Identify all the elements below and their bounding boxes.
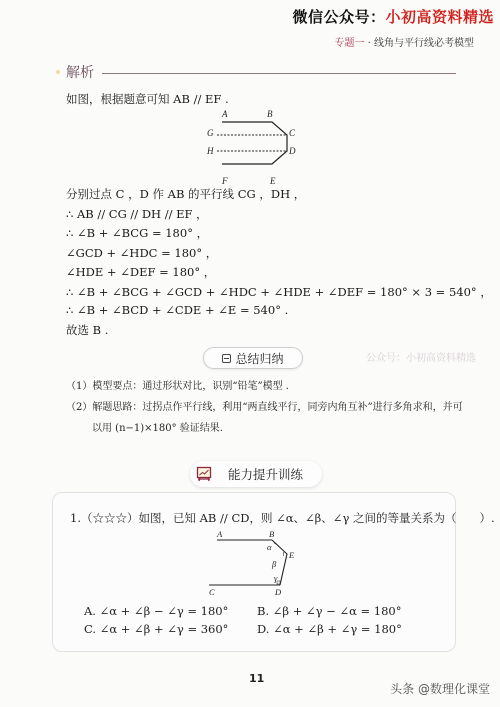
label-c: C: [209, 587, 215, 597]
parallel-lines-figure: A B G C H D F E: [205, 108, 305, 188]
label-g: G: [207, 128, 214, 138]
label-e: E: [269, 176, 276, 186]
wechat-watermark: 微信公众号：小初高资料精选: [292, 6, 494, 27]
label-d: D: [274, 587, 282, 597]
faint-watermark: 公众号：小初高资料精选: [366, 349, 476, 364]
solution-line: 分别过点 C ，D 作 AB 的平行线 CG ，DH ，: [66, 186, 305, 202]
solution-line: ∴ ∠B + ∠BCD + ∠CDE + ∠E = 540° .: [66, 303, 288, 317]
label-gamma: γ: [274, 573, 278, 583]
topic-title: · 线角与平行线必考模型: [364, 38, 474, 49]
chart-board-icon: [196, 466, 212, 482]
label-b: B: [267, 109, 273, 119]
solution-line: ∴ AB // CG // DH // EF ，: [66, 206, 208, 222]
label-b: B: [269, 529, 274, 539]
summary-badge: 总结归纳: [203, 347, 303, 369]
solution-line: ∠HDE + ∠DEF = 180° ，: [66, 264, 215, 280]
option-a: A. ∠α + ∠β − ∠γ = 180°: [84, 604, 228, 618]
summary-badge-label: 总结归纳: [235, 350, 283, 367]
section-title: 解析: [66, 62, 94, 82]
summary-point: （1）模型要点：通过形状对比，识别“铅笔”模型 .: [66, 377, 289, 392]
label-beta: β: [271, 559, 277, 569]
option-b: B. ∠β + ∠γ − ∠α = 180°: [257, 604, 402, 618]
summary-point: 以用 (n−1)×180° 验证结果.: [92, 419, 223, 434]
angle-figure: A B E C D α β γ: [205, 528, 315, 604]
watermark-name: 小初高资料精选: [385, 8, 494, 26]
solution-line: ∴ ∠B + ∠BCG + ∠GCD + ∠HDC + ∠HDE + ∠DEF …: [66, 284, 492, 300]
watermark-prefix: 微信公众号：: [292, 8, 385, 26]
option-c: C. ∠α + ∠β + ∠γ = 360°: [84, 622, 228, 636]
label-d: D: [288, 146, 296, 156]
heading-rule: [102, 73, 456, 74]
solution-line: 如图，根据题意可知 AB // EF .: [66, 91, 229, 107]
label-h: H: [206, 146, 214, 156]
label-c: C: [289, 128, 296, 138]
solution-line: ∠GCD + ∠HDC = 180° ，: [66, 245, 217, 261]
answer-line: 故选 B .: [66, 322, 108, 338]
label-f: F: [221, 176, 228, 186]
label-a: A: [216, 529, 223, 539]
practice-badge: 能力提升训练: [190, 461, 322, 487]
solution-line: ∴ ∠B + ∠BCG = 180° ，: [66, 225, 208, 241]
chapter-topic: 专题一 · 线角与平行线必考模型: [334, 34, 474, 49]
practice-badge-label: 能力提升训练: [228, 465, 303, 483]
note-icon: [222, 354, 231, 363]
bullet-dot-icon: [56, 70, 60, 74]
question-text: 1.（☆☆☆）如图，已知 AB // CD，则 ∠α、∠β、∠γ 之间的等量关系…: [70, 510, 495, 526]
label-alpha: α: [267, 542, 272, 552]
footer-watermark: 头条 @数理化课堂: [390, 680, 490, 697]
label-a: A: [221, 109, 228, 119]
topic-accent: 专题一: [334, 38, 364, 49]
summary-point: （2）解题思路：过拐点作平行线，利用“两直线平行，同旁内角互补”进行多角求和，并…: [66, 398, 463, 413]
label-e: E: [288, 550, 295, 560]
section-heading: 解析: [56, 62, 456, 82]
page-number: 11: [249, 672, 264, 685]
option-d: D. ∠α + ∠β + ∠γ = 180°: [257, 622, 402, 636]
